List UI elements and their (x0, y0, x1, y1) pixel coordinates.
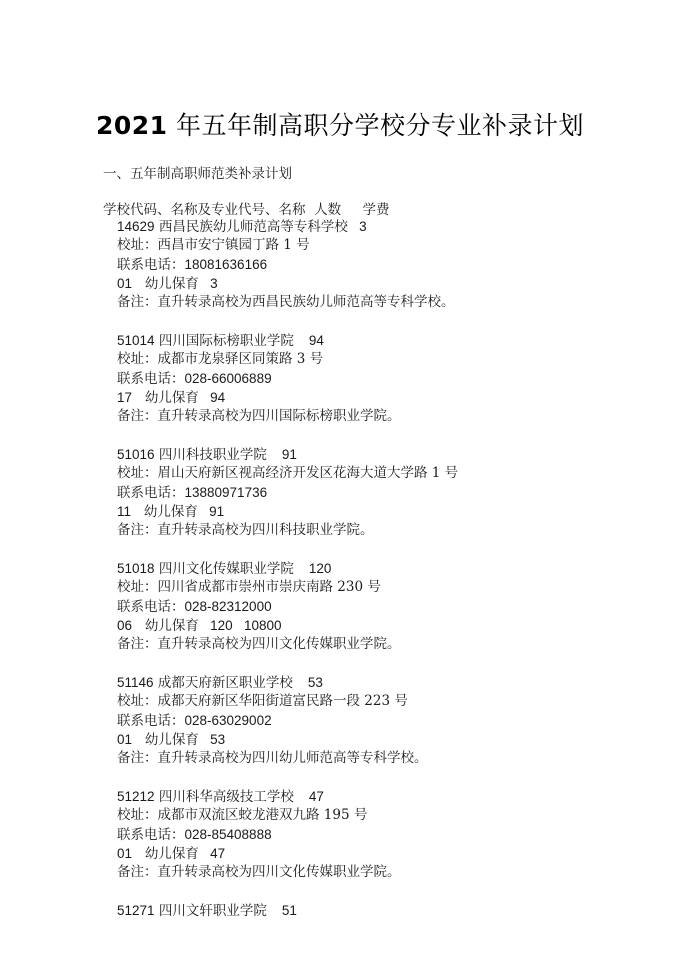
address: 成都市龙泉驿区同策路 3 号 (158, 351, 324, 367)
school-line: 14629 西昌民族幼儿师范高等专科学校 3 (117, 217, 637, 236)
phone: 028-85408888 (185, 827, 272, 842)
major-code: 01 (117, 846, 132, 861)
address-label: 校址： (117, 351, 158, 367)
address-line: 校址：成都市双流区蛟龙港双九路 195 号 (117, 806, 637, 825)
column-header: 学校代码、名称及专业代号、名称 人数 学费 (103, 198, 390, 218)
major-name: 幼儿保育 (132, 276, 199, 292)
school-quota: 94 (294, 333, 324, 348)
address: 西昌市安宁镇园丁路 1 号 (158, 237, 310, 253)
note-line: 备注：直升转录高校为四川科技职业学院。 (117, 521, 637, 540)
phone-label: 联系电话： (117, 371, 185, 387)
school-quota: 3 (348, 219, 367, 234)
phone-label: 联系电话： (117, 257, 185, 273)
school-entry: 51146 成都天府新区职业学校 53 校址：成都天府新区华阳街道富民路一段 2… (117, 673, 637, 768)
school-code: 51014 (117, 333, 155, 348)
note-line: 备注：直升转录高校为四川幼儿师范高等专科学校。 (117, 749, 637, 768)
address: 成都天府新区华阳街道富民路一段 223 号 (158, 693, 408, 709)
major-quota: 94 (199, 390, 225, 405)
school-entry: 51018 四川文化传媒职业学院 120 校址：四川省成都市崇州市崇庆南路 23… (117, 559, 637, 654)
school-line: 51018 四川文化传媒职业学院 120 (117, 559, 637, 578)
major-code: 11 (117, 504, 131, 519)
major-code: 01 (117, 732, 132, 747)
major-quota: 53 (199, 732, 225, 747)
school-line: 51271 四川文轩职业学院 51 (117, 901, 637, 920)
address-line: 校址：眉山天府新区视高经济开发区花海大道大学路 1 号 (117, 464, 637, 483)
major-line: 01 幼儿保育 3 (117, 274, 637, 293)
major-line: 11 幼儿保育 91 (117, 502, 637, 521)
school-line: 51146 成都天府新区职业学校 53 (117, 673, 637, 692)
address-label: 校址： (117, 693, 158, 709)
school-code: 51018 (117, 561, 155, 576)
address: 四川省成都市崇州市崇庆南路 230 号 (158, 579, 381, 595)
note-line: 备注：直升转录高校为西昌民族幼儿师范高等专科学校。 (117, 293, 637, 312)
school-code: 51146 (117, 675, 154, 690)
school-name: 西昌民族幼儿师范高等专科学校 (155, 219, 348, 235)
address-label: 校址： (117, 807, 158, 823)
major-line: 06 幼儿保育 120 10800 (117, 616, 637, 635)
major-quota: 120 (199, 618, 233, 633)
major-name: 幼儿保育 (132, 846, 199, 862)
school-code: 51016 (117, 447, 155, 462)
major-line: 01 幼儿保育 53 (117, 730, 637, 749)
address: 成都市双流区蛟龙港双九路 195 号 (158, 807, 368, 823)
phone-line: 联系电话：028-85408888 (117, 825, 637, 844)
school-code: 14629 (117, 219, 155, 234)
phone-line: 联系电话：18081636166 (117, 255, 637, 274)
school-line: 51016 四川科技职业学院 91 (117, 445, 637, 464)
major-name: 幼儿保育 (132, 390, 199, 406)
major-line: 01 幼儿保育 47 (117, 844, 637, 863)
school-entry-partial: 51271 四川文轩职业学院 51 (117, 901, 637, 920)
address: 眉山天府新区视高经济开发区花海大道大学路 1 号 (158, 465, 459, 481)
school-line: 51212 四川科华高级技工学校 47 (117, 787, 637, 806)
section-heading: 一、五年制高职师范类补录计划 (103, 162, 292, 182)
address-label: 校址： (117, 465, 158, 481)
note-line: 备注：直升转录高校为四川国际标榜职业学院。 (117, 407, 637, 426)
address-label: 校址： (117, 237, 158, 253)
school-list: 14629 西昌民族幼儿师范高等专科学校 3 校址：西昌市安宁镇园丁路 1 号 … (117, 217, 637, 939)
phone: 028-63029002 (185, 713, 272, 728)
address-line: 校址：成都市龙泉驿区同策路 3 号 (117, 350, 637, 369)
phone-label: 联系电话： (117, 485, 185, 501)
school-quota: 91 (267, 447, 297, 462)
phone-label: 联系电话： (117, 827, 185, 843)
school-quota: 47 (294, 789, 324, 804)
school-name: 四川文轩职业学院 (155, 903, 267, 919)
phone-label: 联系电话： (117, 713, 185, 729)
major-quota: 3 (199, 276, 218, 291)
school-name: 四川科技职业学院 (155, 447, 267, 463)
school-name: 四川国际标榜职业学院 (155, 333, 294, 349)
school-entry: 51212 四川科华高级技工学校 47 校址：成都市双流区蛟龙港双九路 195 … (117, 787, 637, 882)
major-code: 17 (117, 390, 132, 405)
address-line: 校址：四川省成都市崇州市崇庆南路 230 号 (117, 578, 637, 597)
school-quota: 51 (267, 903, 297, 918)
phone-line: 联系电话：028-82312000 (117, 597, 637, 616)
address-line: 校址：西昌市安宁镇园丁路 1 号 (117, 236, 637, 255)
phone: 13880971736 (185, 485, 268, 500)
tuition: 10800 (233, 618, 282, 633)
major-quota: 47 (199, 846, 225, 861)
school-name: 成都天府新区职业学校 (154, 675, 293, 691)
school-name: 四川文化传媒职业学院 (155, 561, 294, 577)
phone-label: 联系电话： (117, 599, 185, 615)
school-entry: 14629 西昌民族幼儿师范高等专科学校 3 校址：西昌市安宁镇园丁路 1 号 … (117, 217, 637, 312)
document-title: 2021 年五年制高职分学校分专业补录计划 (0, 106, 680, 142)
school-quota: 120 (294, 561, 332, 576)
school-quota: 53 (293, 675, 323, 690)
school-code: 51271 (117, 903, 155, 918)
major-code: 01 (117, 276, 132, 291)
major-line: 17 幼儿保育 94 (117, 388, 637, 407)
phone-line: 联系电话：028-63029002 (117, 711, 637, 730)
title-year: 2021 (96, 111, 168, 140)
school-entry: 51016 四川科技职业学院 91 校址：眉山天府新区视高经济开发区花海大道大学… (117, 445, 637, 540)
phone: 028-66006889 (185, 371, 272, 386)
address-label: 校址： (117, 579, 158, 595)
address-line: 校址：成都天府新区华阳街道富民路一段 223 号 (117, 692, 637, 711)
school-name: 四川科华高级技工学校 (155, 789, 294, 805)
phone-line: 联系电话：13880971736 (117, 483, 637, 502)
major-name: 幼儿保育 (132, 618, 199, 634)
phone: 028-82312000 (185, 599, 272, 614)
title-text: 年五年制高职分学校分专业补录计划 (168, 111, 584, 140)
note-line: 备注：直升转录高校为四川文化传媒职业学院。 (117, 635, 637, 654)
major-name: 幼儿保育 (131, 504, 198, 520)
major-quota: 91 (198, 504, 224, 519)
phone-line: 联系电话：028-66006889 (117, 369, 637, 388)
note-line: 备注：直升转录高校为四川文化传媒职业学院。 (117, 863, 637, 882)
school-code: 51212 (117, 789, 155, 804)
school-line: 51014 四川国际标榜职业学院 94 (117, 331, 637, 350)
school-entry: 51014 四川国际标榜职业学院 94 校址：成都市龙泉驿区同策路 3 号 联系… (117, 331, 637, 426)
major-name: 幼儿保育 (132, 732, 199, 748)
phone: 18081636166 (185, 257, 268, 272)
major-code: 06 (117, 618, 132, 633)
